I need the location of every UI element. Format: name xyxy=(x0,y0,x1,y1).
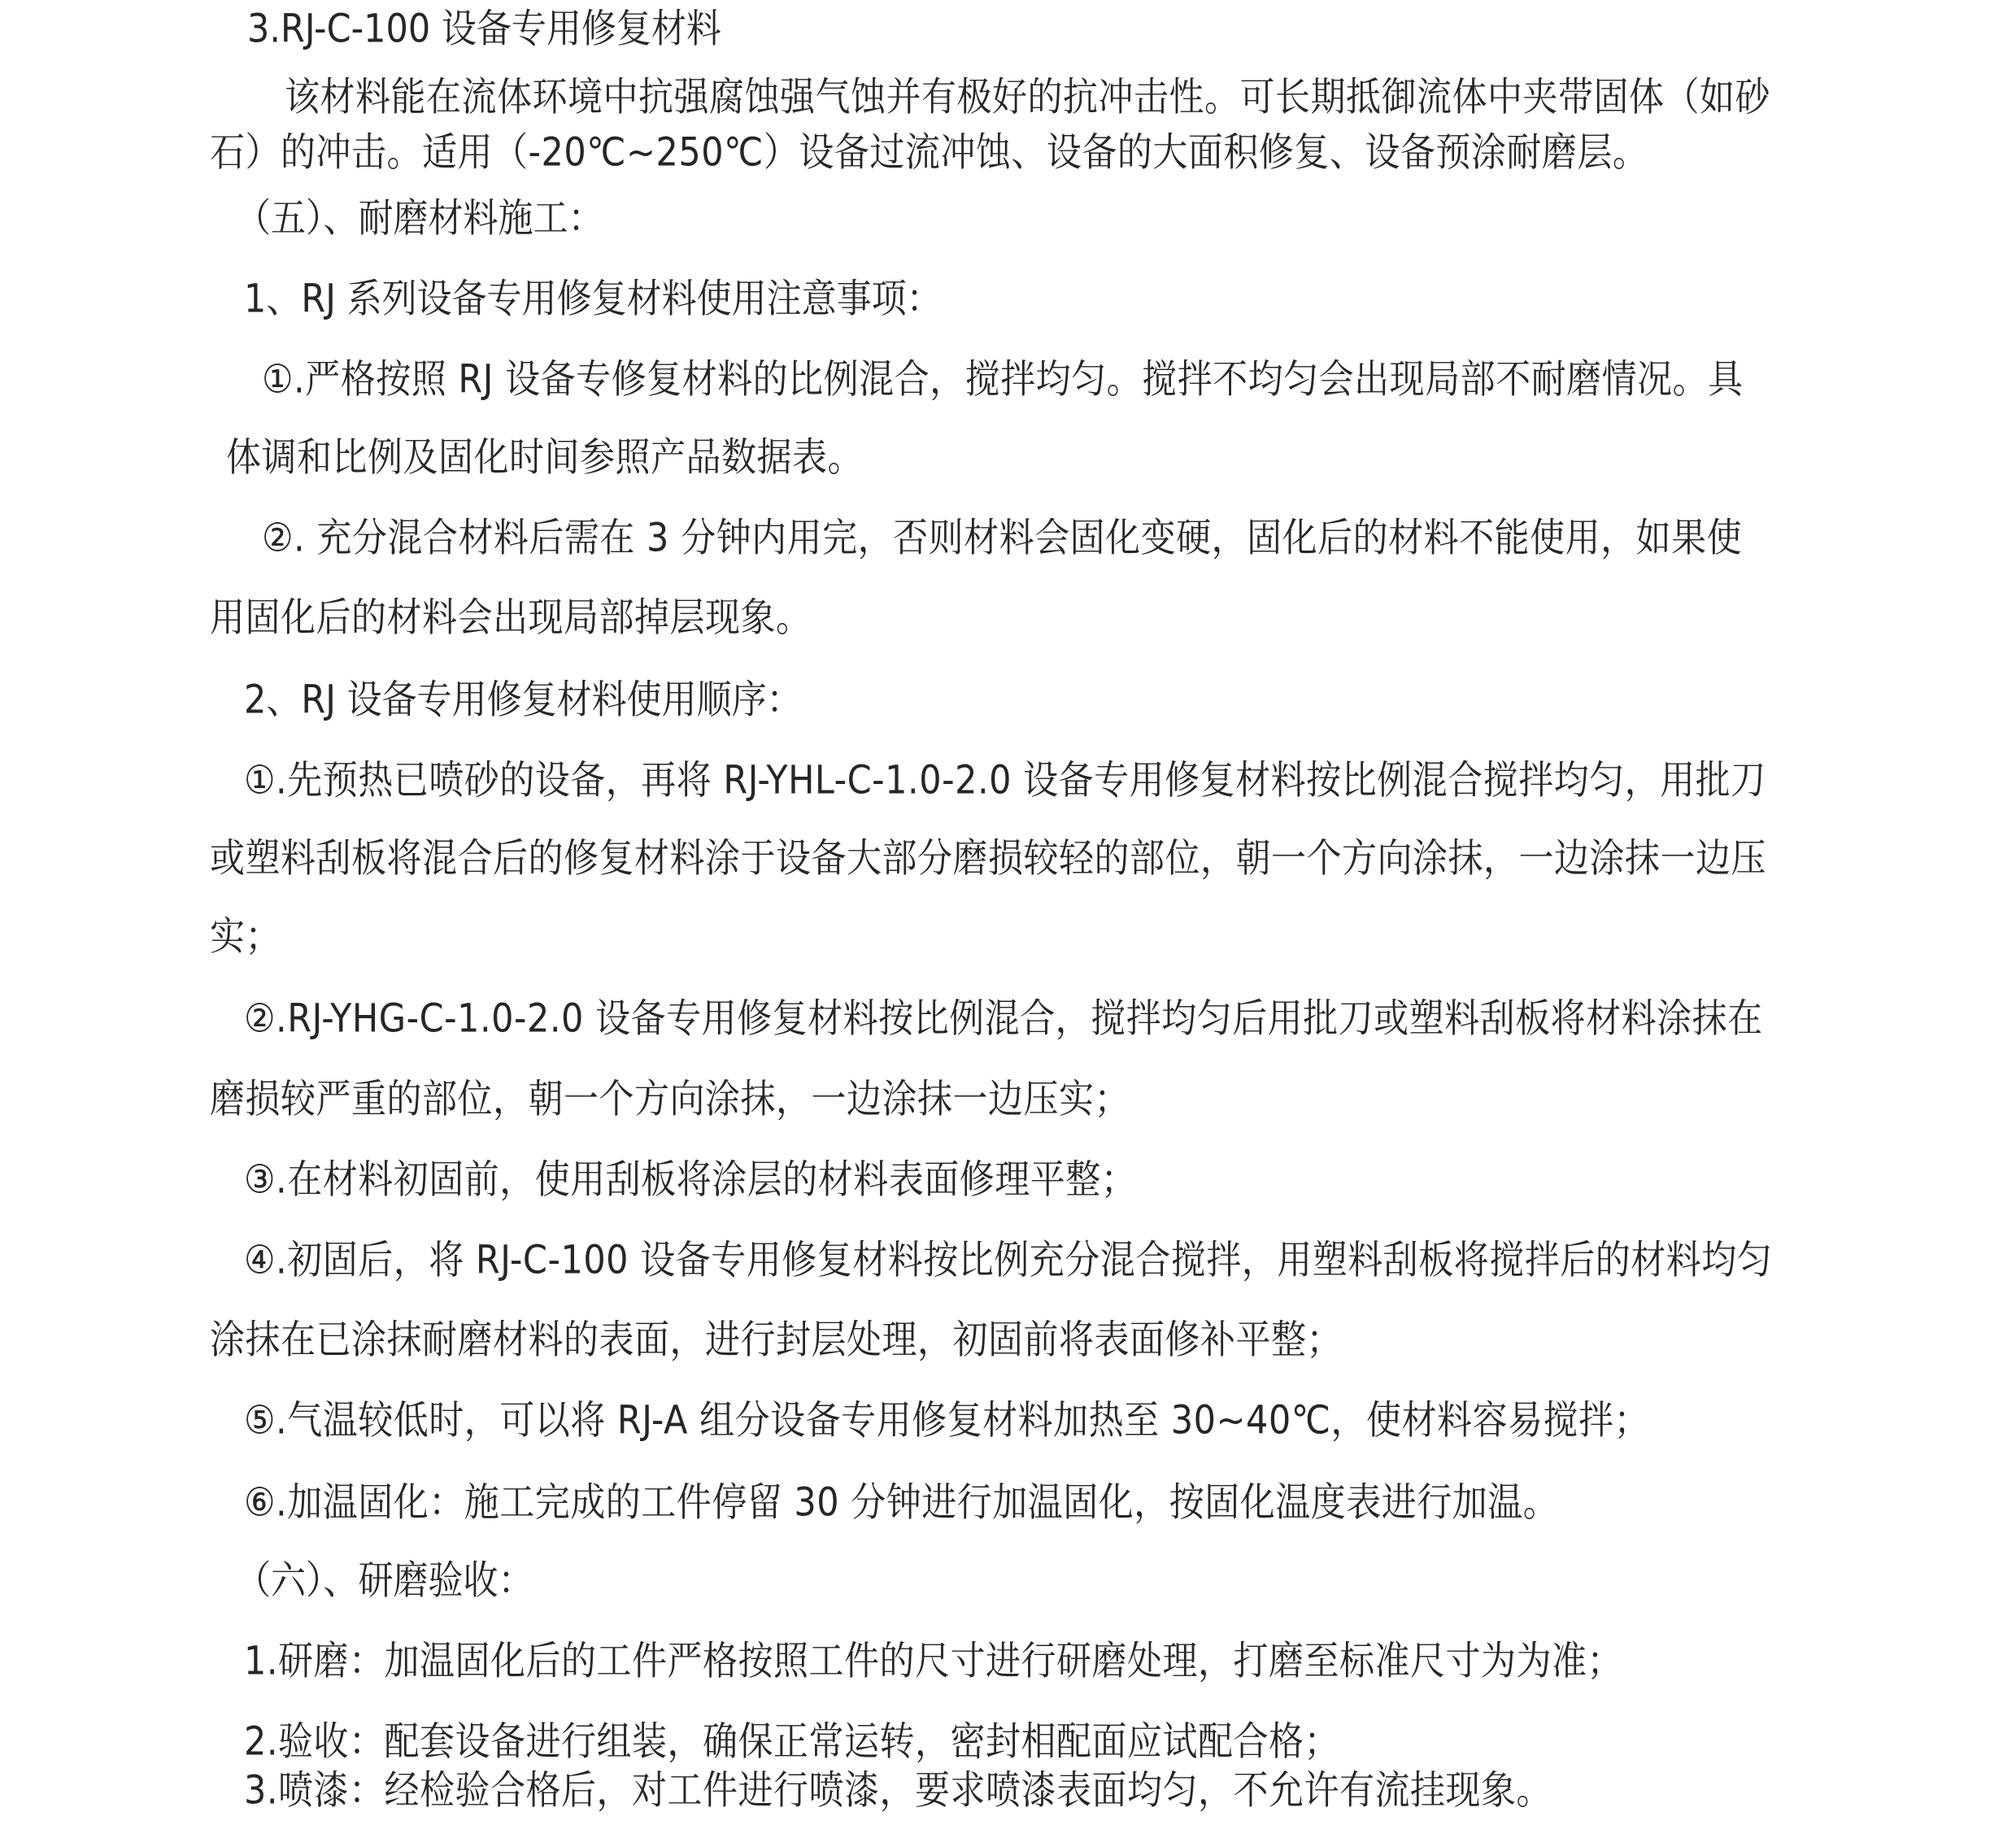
step-5-line-1: ⑤.气温较低时，可以将 RJ-A 组分设备专用修复材料加热至 30~40℃，使材… xyxy=(244,1396,1649,1447)
part-5-heading: （五）、耐磨材料施工： xyxy=(236,194,603,245)
step-1-line-3: 实； xyxy=(210,912,281,963)
precaution-2-line-2: 用固化后的材料会出现局部掉层现象。 xyxy=(210,593,812,644)
precaution-1-line-1: ①.严格按照 RJ 设备专修复材料的比例混合，搅拌均匀。搅拌不均匀会出现局部不耐… xyxy=(262,355,1744,406)
step-6-line-1: ⑥.加温固化：施工完成的工件停留 30 分钟进行加温固化，按固化温度表进行加温。 xyxy=(244,1478,1558,1529)
step-3-line-1: ③.在材料初固前，使用刮板将涂层的材料表面修理平整； xyxy=(244,1155,1136,1206)
step-2-line-2: 磨损较严重的部位，朝一个方向涂抹，一边涂抹一边压实； xyxy=(210,1074,1130,1126)
section-3-body-line-1: 该材料能在流体环境中抗强腐蚀强气蚀并有极好的抗冲击性。可长期抵御流体中夹带固体（… xyxy=(285,72,1770,124)
section-3-title: 3.RJ-C-100 设备专用修复材料 xyxy=(247,4,721,55)
step-2-line-1: ②.RJ-YHG-C-1.0-2.0 设备专用修复材料按比例混合，搅拌均匀后用批… xyxy=(244,994,1763,1045)
acceptance-item-1: 1.研磨：加温固化后的工件严格按照工件的尺寸进行研磨处理，打磨至标准尺寸为为准； xyxy=(244,1636,1622,1688)
part-6-heading: （六）、研磨验收： xyxy=(236,1556,533,1607)
document-page: 3.RJ-C-100 设备专用修复材料 该材料能在流体环境中抗强腐蚀强气蚀并有极… xyxy=(0,0,2016,1838)
step-1-line-2: 或塑料刮板将混合后的修复材料涂于设备大部分磨损较轻的部位，朝一个方向涂抹，一边涂… xyxy=(210,834,1766,885)
step-4-line-1: ④.初固后，将 RJ-C-100 设备专用修复材料按比例充分混合搅拌，用塑料刮板… xyxy=(244,1235,1772,1287)
section-3-body-line-2: 石）的冲击。适用（-20℃~250℃）设备过流冲蚀、设备的大面积修复、设备预涂耐… xyxy=(210,128,1648,179)
step-1-line-1: ①.先预热已喷砂的设备，再将 RJ-YHL-C-1.0-2.0 设备专用修复材料… xyxy=(244,756,1766,807)
subsection-2-heading: 2、RJ 设备专用修复材料使用顺序： xyxy=(244,675,802,726)
acceptance-item-2: 2.验收：配套设备进行组装，确保正常运转，密封相配面应试配合格； xyxy=(244,1717,1339,1768)
acceptance-item-3: 3.喷漆：经检验合格后，对工件进行喷漆，要求喷漆表面均匀，不允许有流挂现象。 xyxy=(244,1766,1552,1817)
precaution-2-line-1: ②. 充分混合材料后需在 3 分钟内用完，否则材料会固化变硬，固化后的材料不能使… xyxy=(262,513,1742,564)
precaution-1-line-2: 体调和比例及固化时间参照产品数据表。 xyxy=(226,433,863,484)
subsection-1-heading: 1、RJ 系列设备专用修复材料使用注意事项： xyxy=(244,274,942,325)
step-4-line-2: 涂抹在已涂抹耐磨材料的表面，进行封层处理，初固前将表面修补平整； xyxy=(210,1315,1342,1366)
